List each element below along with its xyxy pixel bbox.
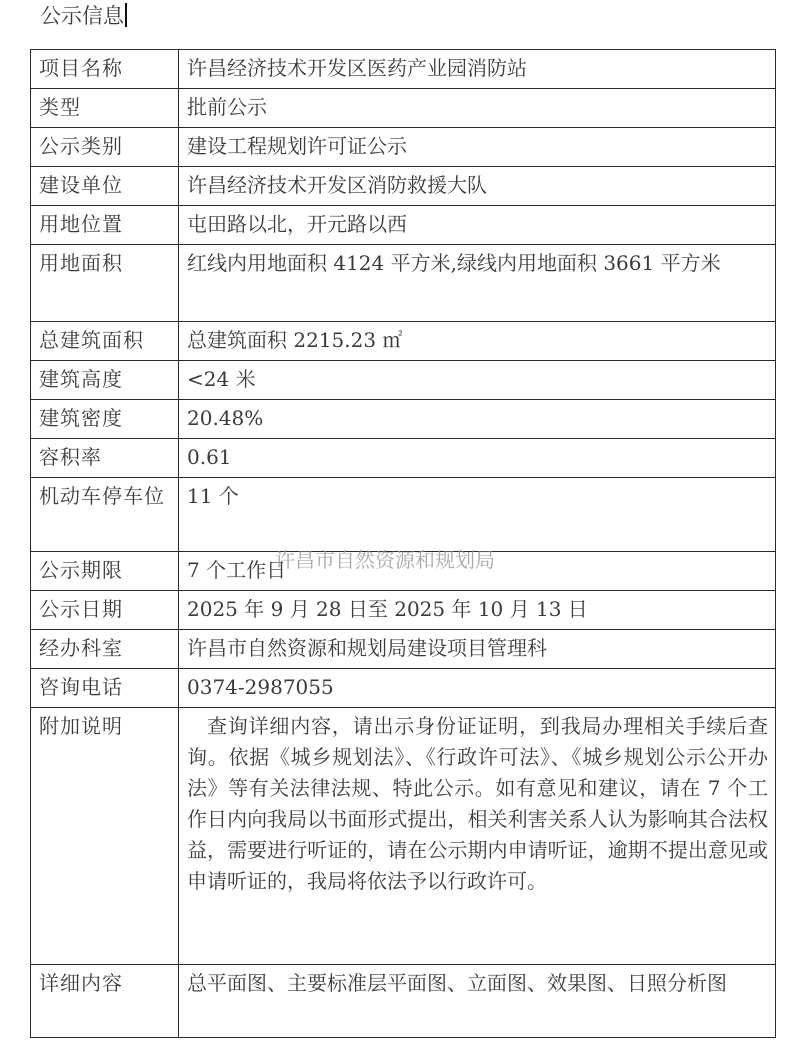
row-value: 7 个工作日	[179, 552, 776, 591]
table-row: 类型批前公示	[31, 89, 776, 128]
table-row: 容积率0.61	[31, 439, 776, 478]
row-value: 0374-2987055	[179, 669, 776, 708]
row-value: 许昌经济技术开发区医药产业园消防站	[179, 50, 776, 89]
row-label: 详细内容	[31, 965, 179, 1038]
row-value: 许昌市自然资源和规划局建设项目管理科	[179, 630, 776, 669]
row-label: 公示日期	[31, 591, 179, 630]
row-value: 20.48%	[179, 400, 776, 439]
row-value: 11 个	[179, 478, 776, 552]
table-row: 附加说明查询详细内容，请出示身份证证明，到我局办理相关手续后查询。依据《城乡规划…	[31, 708, 776, 965]
row-label: 建筑高度	[31, 361, 179, 400]
row-value: 屯田路以北，开元路以西	[179, 206, 776, 245]
row-label: 机动车停车位	[31, 478, 179, 552]
row-label: 附加说明	[31, 708, 179, 965]
table-row: 用地面积红线内用地面积 4124 平方米,绿线内用地面积 3661 平方米	[31, 245, 776, 322]
row-value: <24 米	[179, 361, 776, 400]
row-label: 建筑密度	[31, 400, 179, 439]
row-label: 经办科室	[31, 630, 179, 669]
row-label: 公示期限	[31, 552, 179, 591]
row-value: 总平面图、主要标准层平面图、立面图、效果图、日照分析图	[179, 965, 776, 1038]
table-row: 建筑高度<24 米	[31, 361, 776, 400]
table-row: 建设单位许昌经济技术开发区消防救援大队	[31, 167, 776, 206]
text-cursor	[125, 3, 127, 27]
row-label: 总建筑面积	[31, 322, 179, 361]
row-label: 容积率	[31, 439, 179, 478]
row-label: 公示类别	[31, 128, 179, 167]
section-title: 公示信息	[40, 2, 127, 30]
table-row: 总建筑面积总建筑面积 2215.23 ㎡	[31, 322, 776, 361]
row-value: 许昌经济技术开发区消防救援大队	[179, 167, 776, 206]
table-row: 用地位置屯田路以北，开元路以西	[31, 206, 776, 245]
additional-notes: 查询详细内容，请出示身份证证明，到我局办理相关手续后查询。依据《城乡规划法》、《…	[179, 708, 776, 965]
row-value: 建设工程规划许可证公示	[179, 128, 776, 167]
table-row: 公示类别建设工程规划许可证公示	[31, 128, 776, 167]
row-label: 项目名称	[31, 50, 179, 89]
row-label: 类型	[31, 89, 179, 128]
row-label: 咨询电话	[31, 669, 179, 708]
row-label: 用地面积	[31, 245, 179, 322]
table-row: 公示日期2025 年 9 月 28 日至 2025 年 10 月 13 日	[31, 591, 776, 630]
info-table: 项目名称许昌经济技术开发区医药产业园消防站 类型批前公示 公示类别建设工程规划许…	[30, 49, 776, 1038]
row-value: 0.61	[179, 439, 776, 478]
row-value: 总建筑面积 2215.23 ㎡	[179, 322, 776, 361]
row-value: 红线内用地面积 4124 平方米,绿线内用地面积 3661 平方米	[179, 245, 776, 322]
table-row: 公示期限7 个工作日	[31, 552, 776, 591]
row-value: 2025 年 9 月 28 日至 2025 年 10 月 13 日	[179, 591, 776, 630]
row-value: 批前公示	[179, 89, 776, 128]
table-row: 建筑密度20.48%	[31, 400, 776, 439]
table-row: 经办科室许昌市自然资源和规划局建设项目管理科	[31, 630, 776, 669]
row-label: 建设单位	[31, 167, 179, 206]
table-row: 项目名称许昌经济技术开发区医药产业园消防站	[31, 50, 776, 89]
table-row: 咨询电话0374-2987055	[31, 669, 776, 708]
section-title-text: 公示信息	[40, 4, 124, 28]
row-label: 用地位置	[31, 206, 179, 245]
table-row: 机动车停车位11 个	[31, 478, 776, 552]
table-row: 详细内容总平面图、主要标准层平面图、立面图、效果图、日照分析图	[31, 965, 776, 1038]
